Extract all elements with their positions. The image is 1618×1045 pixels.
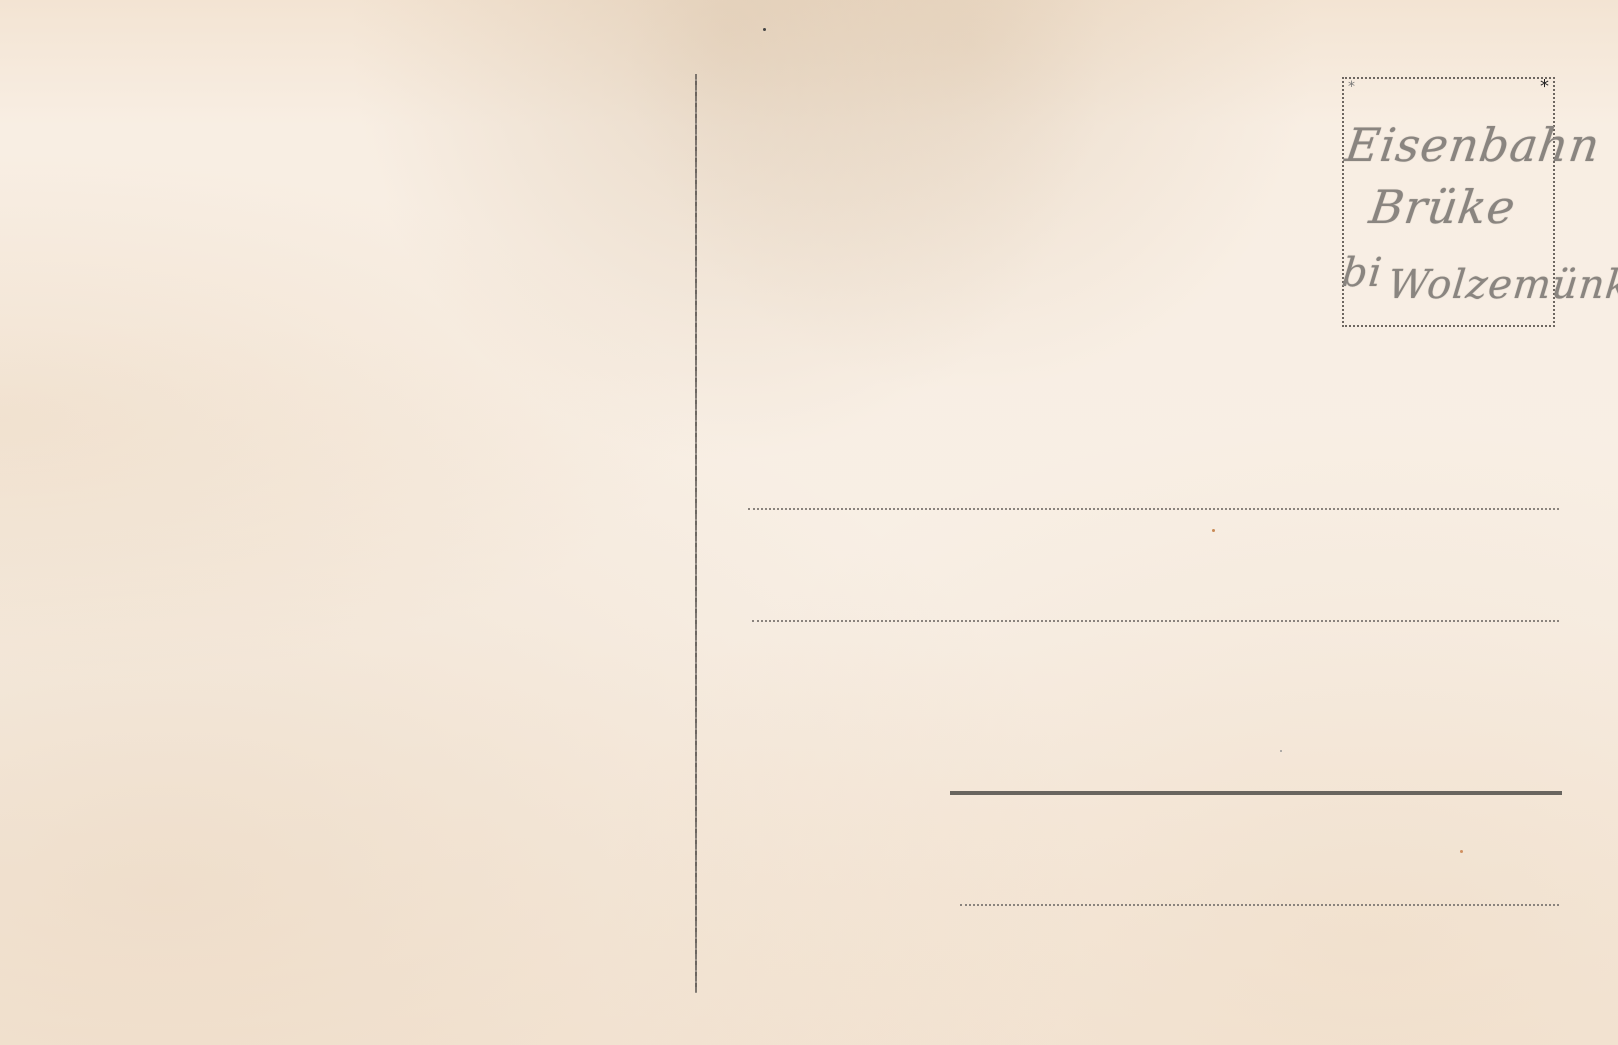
paper-speck: [763, 28, 766, 31]
paper-speck: [1212, 529, 1215, 532]
stamp-corner-star-icon: *: [1348, 79, 1355, 95]
address-line: [748, 508, 1559, 510]
paper-speck: [1460, 850, 1463, 853]
stamp-corner-star-icon: *: [1540, 79, 1549, 95]
handwritten-note-line: Eisenbahn: [1342, 118, 1603, 172]
paper-speck: [1280, 750, 1282, 752]
handwritten-note-line: Wolzemünk: [1386, 262, 1618, 308]
address-line-bold: [950, 791, 1562, 795]
postcard-back: * * Eisenbahn Brüke bi Wolzemünk: [0, 0, 1618, 1045]
message-address-divider: [695, 74, 697, 993]
handwritten-note-line: Brüke: [1366, 180, 1519, 234]
address-line: [960, 904, 1559, 906]
handwritten-note-line: bi: [1340, 250, 1385, 296]
address-line: [752, 620, 1559, 622]
